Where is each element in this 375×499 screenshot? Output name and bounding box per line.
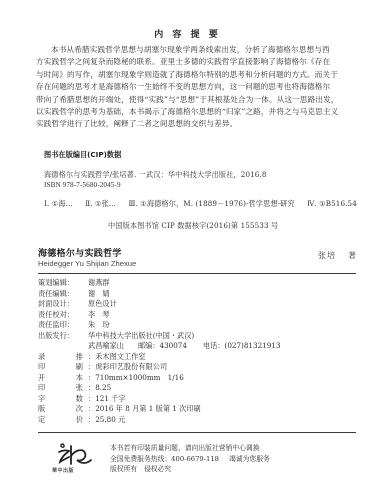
- credit-row: 策划编辑： 谢燕群: [38, 278, 280, 289]
- credit-row: 责任编辑： 谢 婧: [38, 289, 280, 300]
- book-author: 张培著: [318, 250, 357, 261]
- cip-class-item: Ⅱ. ①张…: [85, 199, 116, 208]
- spec-label: 印张: [38, 383, 83, 394]
- address-phone: 电话：(027)81321913: [203, 341, 280, 352]
- hotline-tail: 竭诚为您服务: [229, 455, 270, 463]
- summary-line: 本书从希腊实践哲学思想与胡塞尔现象学两条线索出发，分析了海德格尔思想与西: [36, 44, 348, 56]
- spec-label: 印刷: [38, 362, 83, 373]
- credit-label: 出版发行：: [38, 331, 88, 342]
- credit-label: 责任编辑：: [38, 289, 88, 300]
- spec-row: 字数 ： 121 千字: [38, 394, 280, 405]
- credit-label: 策划编辑：: [38, 278, 88, 289]
- cip-record-number: 中国版本图书馆 CIP 数据核字(2016)第 155533 号: [108, 221, 278, 231]
- spec-colon: ：: [88, 362, 95, 373]
- credit-row: 出版发行： 华中科技大学出版社(中国・武汉): [38, 331, 280, 342]
- cip-class-item: Ⅳ. ①B516.54: [307, 199, 357, 208]
- credits-block: 策划编辑： 谢燕群 责任编辑： 谢 婧 封面设计： 原色设计 责任校对： 李 琴…: [38, 278, 280, 425]
- cip-isbn: ISBN 978-7-5680-2045-9: [44, 181, 121, 189]
- cip-class-item: Ⅰ. ①海…: [44, 199, 73, 208]
- publisher-logo-text: 華中出版: [52, 467, 74, 474]
- summary-line: 与时间》的写作，胡塞尔现象学则造就了海德格尔特别的思考和分析问题的方式。而关于: [36, 69, 348, 81]
- copyright-notice: 版权所有 侵权必究: [110, 464, 270, 475]
- spec-row: 定价 ： 25.80 元: [38, 415, 280, 426]
- summary-body: 本书从希腊实践哲学思想与胡塞尔现象学两条线索出发，分析了海德格尔思想与西 方实践…: [36, 44, 348, 131]
- spec-label: 版次: [38, 404, 83, 415]
- cip-classification: Ⅰ. ①海… Ⅱ. ①张… Ⅲ. ①海德格尔，M. (1889－1976)-哲学…: [44, 199, 367, 209]
- credit-row: 责任监印： 朱 玢: [38, 320, 280, 331]
- book-title: 海德格尔与实践哲学: [38, 246, 122, 259]
- cip-heading: 图书在版编目(CIP)数据: [44, 150, 121, 160]
- spec-row: 印张 ： 8.25: [38, 383, 280, 394]
- author-name: 张培: [318, 251, 336, 260]
- credit-value: 朱 玢: [88, 320, 110, 331]
- cip-class-item: Ⅲ. ①海德格尔，M. (1889－1976)-哲学思想-研究: [128, 199, 294, 208]
- spec-label: 定价: [38, 415, 83, 426]
- spec-colon: ：: [88, 373, 95, 384]
- spec-value: 25.80 元: [95, 415, 125, 426]
- credit-value: 谢燕群: [88, 278, 110, 289]
- summary-line: 以实践哲学的思考为基础，本书揭示了海德格尔思想的“归家”之路，并将之与马克思主义: [36, 106, 348, 118]
- divider-bottom: [38, 432, 356, 433]
- spec-row: 印刷 ： 虎彩印艺股份有限公司: [38, 362, 280, 373]
- spec-value: 虎彩印艺股份有限公司: [95, 362, 167, 373]
- spec-label: 字数: [38, 394, 83, 405]
- spec-label: 开本: [38, 373, 83, 384]
- spec-value: 禾木图文工作室: [95, 352, 145, 363]
- notice-line: 全国免费服务热线：400-6679-118竭诚为您服务: [110, 454, 270, 465]
- credit-row: 封面设计： 原色设计: [38, 299, 280, 310]
- summary-line: 实践哲学进行了比较，阐释了二者之间思想的交织与差异。: [36, 118, 348, 130]
- credit-value: 原色设计: [88, 299, 117, 310]
- credit-value: 李 琴: [88, 310, 110, 321]
- credit-label: 责任校对：: [38, 310, 88, 321]
- spec-row: 开本 ： 710mm×1000mm 1/16: [38, 373, 280, 384]
- divider-top: [38, 273, 356, 274]
- spec-row: 版次 ： 2016 年 8 月第 1 版第 1 次印刷: [38, 404, 280, 415]
- credit-label: 封面设计：: [38, 299, 88, 310]
- spec-colon: ：: [88, 394, 95, 405]
- spec-colon: ：: [88, 383, 95, 394]
- credit-row: 责任校对： 李 琴: [38, 310, 280, 321]
- address-location: 武昌喻家山: [88, 341, 124, 352]
- summary-line: 存在问题的思考才是海德格尔一生始终不变的思想方向，这一问题的思考也将海德格尔: [36, 81, 348, 93]
- spec-colon: ：: [88, 415, 95, 426]
- publisher-address: 武昌喻家山 邮编：430074 电话：(027)81321913: [38, 341, 280, 352]
- spec-value: 8.25: [95, 383, 111, 394]
- spec-colon: ：: [88, 352, 95, 363]
- summary-line: 方实践哲学之间复杂而隐秘的联系。亚里士多德的实践哲学直接影响了海德格尔《存在: [36, 56, 348, 68]
- address-postcode: 邮编：430074: [138, 341, 187, 352]
- spec-value: 121 千字: [95, 394, 125, 405]
- credit-value: 谢 婧: [88, 289, 110, 300]
- notice-line: 本书若有印装质量问题，请向出版社营销中心调换: [110, 443, 270, 454]
- hotline: 全国免费服务热线：400-6679-118: [110, 455, 219, 463]
- spec-colon: ：: [88, 404, 95, 415]
- spec-value: 2016 年 8 月第 1 版第 1 次印刷: [95, 404, 201, 415]
- book-pinyin-title: Heidegger Yu Shijian Zhexue: [38, 259, 136, 268]
- spec-value: 710mm×1000mm 1/16: [95, 373, 184, 384]
- summary-line: 带向了希腊思想的开端处，使得“实践”与“思想”于其根基处合为一体。从这一思路出发…: [36, 94, 348, 106]
- spec-row: 录排 ： 禾木图文工作室: [38, 352, 280, 363]
- summary-heading: 内 容 提 要: [0, 27, 375, 40]
- cip-record: 海德格尔与实践哲学/张培著. 一武汉：华中科技大学出版社，2016.8: [44, 170, 267, 180]
- quality-notice: 本书若有印装质量问题，请向出版社营销中心调换 全国免费服务热线：400-6679…: [110, 443, 270, 475]
- credit-value: 华中科技大学出版社(中国・武汉): [88, 331, 194, 342]
- author-role: 著: [348, 251, 357, 260]
- spec-label: 录排: [38, 352, 83, 363]
- credit-label: 责任监印：: [38, 320, 88, 331]
